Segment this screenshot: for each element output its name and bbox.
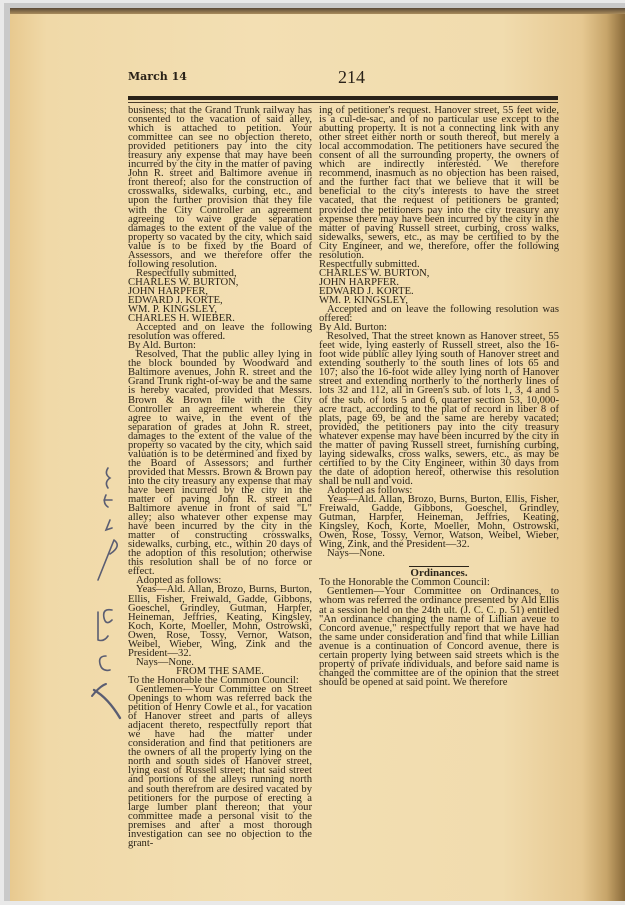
handwritten-annotation — [86, 460, 126, 720]
header-rule — [128, 96, 558, 100]
accepted-line: Accepted and on leave the following reso… — [319, 305, 559, 323]
header-rule-thin — [128, 102, 558, 103]
page-number: 214 — [338, 67, 365, 88]
yeas-list: Yeas—Ald. Allan, Brozo, Burns, Burton, E… — [128, 585, 312, 657]
yeas-list: Yeas—Ald. Allan, Brozo, Burns, Burton, E… — [319, 495, 559, 549]
paragraph: Gentlemen—Your Committee on Ordinances, … — [319, 587, 559, 687]
left-column: business; that the Grand Trunk railway h… — [128, 106, 312, 848]
right-column: ing of petitioner's request. Hanover str… — [319, 106, 559, 687]
resolution: Resolved, That the street known as Hanov… — [319, 332, 559, 486]
paragraph: business; that the Grand Trunk railway h… — [128, 106, 312, 269]
accepted-line: Accepted and on leave the following reso… — [128, 323, 312, 341]
paragraph: ing of petitioner's request. Hanover str… — [319, 106, 559, 260]
nays-line: Nays—None. — [319, 549, 559, 558]
paragraph: Gentlemen—Your Committee on Street Openi… — [128, 685, 312, 848]
page-date: March 14 — [128, 70, 187, 83]
resolution: Resolved, That the public alley lying in… — [128, 350, 312, 576]
